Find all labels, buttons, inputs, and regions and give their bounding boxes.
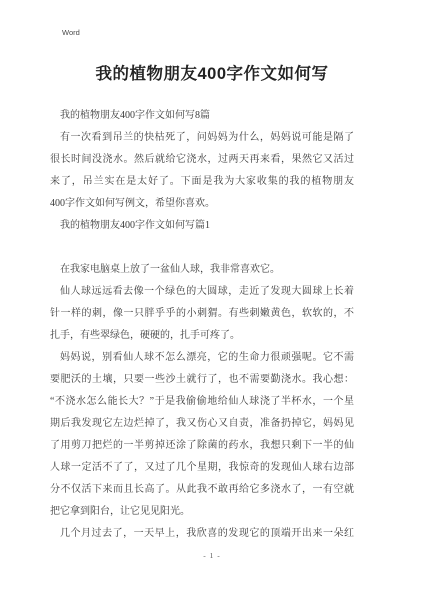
paragraph-line: 人球一定活不了了，又过了几个星期，我惊奇的发现仙人球右边部 (50, 457, 354, 479)
paragraph-line: 在我家电脑桌上放了一盆仙人球，我非常喜欢它。 (50, 259, 354, 281)
empty-line (50, 237, 354, 259)
document-title: 我的植物朋友400字作文如何写 (0, 62, 424, 86)
paragraph-line: 很长时间没浇水。然后就给它浇水，过两天再来看，果然它又活过 (50, 149, 354, 171)
paragraph-line: 妈妈说，别看仙人球不怎么漂亮，它的生命力很顽强呢。它不需 (50, 347, 354, 369)
page-number: - 1 - (0, 551, 424, 561)
heading-line: 我的植物朋友400字作文如何写篇1 (50, 215, 354, 237)
paragraph-line: 分不仅活下来而且长高了。从此我不敢再给它多浇水了，一有空就 (50, 479, 354, 501)
paragraph-line: 有一次看到吊兰的快枯死了，问妈妈为什么，妈妈说可能是隔了 (50, 127, 354, 149)
paragraph-line: 针一样的刺，像一只胖乎乎的小刺猬。有些刺嫩黄色，软软的，不 (50, 303, 354, 325)
paragraph-line: 要肥沃的土壤，只要一些沙土就行了，也不需要勤浇水。我心想： (50, 369, 354, 391)
paragraph-line: 把它拿到阳台，让它见见阳光。 (50, 501, 354, 523)
paragraph-line: 了用剪刀把烂的一半剪掉还涂了除菌的药水，我想只剩下一半的仙 (50, 435, 354, 457)
paragraph-line: 来了，吊兰实在是太好了。下面是我为大家收集的我的植物朋友 (50, 171, 354, 193)
word-brand-label: Word (62, 28, 80, 37)
paragraph-line: 扎手，有些翠绿色，硬硬的，扎手可疼了。 (50, 325, 354, 347)
paragraph-line: 期后我发现它左边烂掉了，我又伤心又自责，准备扔掉它，妈妈见 (50, 413, 354, 435)
heading-line: 我的植物朋友400字作文如何写8篇 (50, 105, 354, 127)
paragraph-line: “不浇水怎么能长大？”于是我偷偷地给仙人球浇了半杯水，一个星 (50, 391, 354, 413)
text-column: 我的植物朋友400字作文如何写8篇有一次看到吊兰的快枯死了，问妈妈为什么，妈妈说… (50, 105, 354, 545)
document-page: Word 我的植物朋友400字作文如何写 我的植物朋友400字作文如何写8篇有一… (0, 0, 424, 600)
paragraph-line: 几个月过去了，一天早上，我欣喜的发现它的顶端开出来一朵红 (50, 523, 354, 545)
document-content: 我的植物朋友400字作文如何写 我的植物朋友400字作文如何写8篇有一次看到吊兰… (0, 62, 424, 545)
paragraph-line: 仙人球远远看去像一个绿色的大圆球，走近了发现大圆球上长着 (50, 281, 354, 303)
paragraph-line: 400字作文如何写例文，希望你喜欢。 (50, 193, 354, 215)
